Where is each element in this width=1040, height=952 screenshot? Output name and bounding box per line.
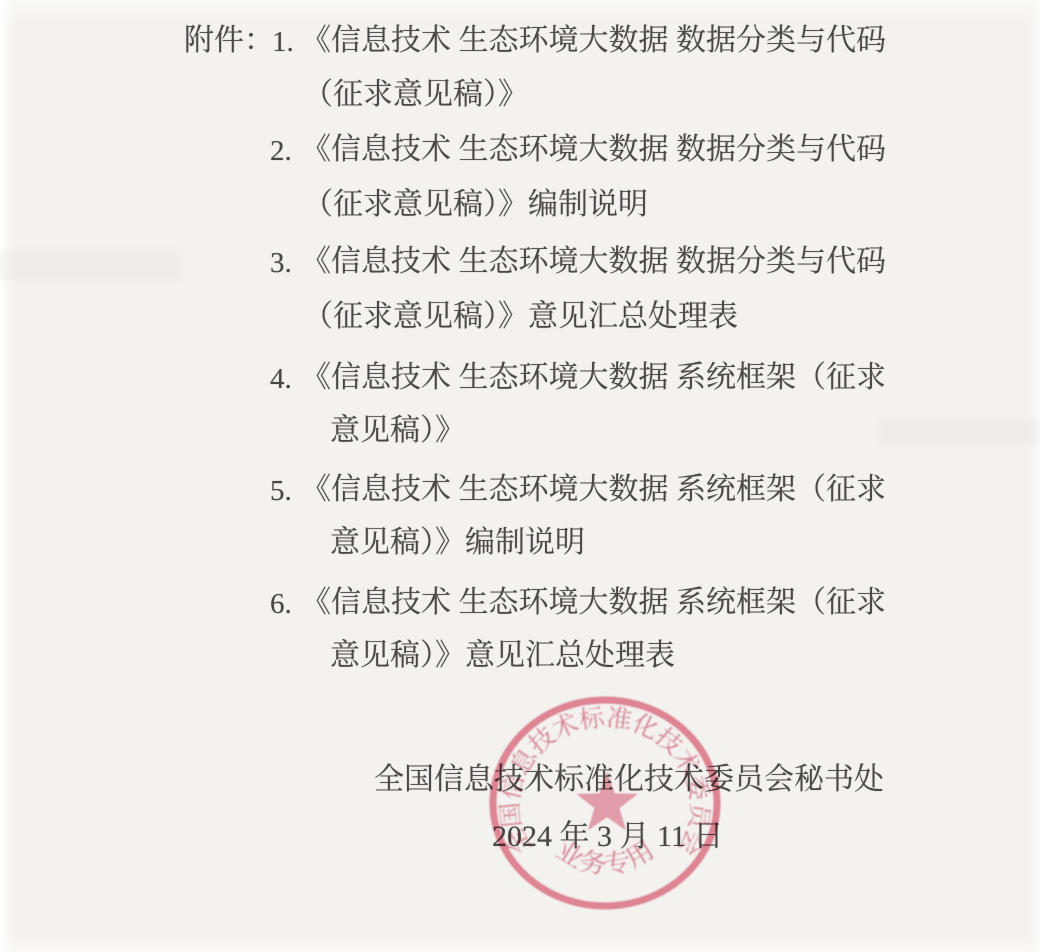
scan-streak [0, 250, 180, 280]
item-5-line2: 意见稿）》编制说明 [330, 526, 585, 560]
item-3-line1: 《信息技术 生态环境大数据 数据分类与代码 [301, 245, 886, 279]
item-4-line2: 意见稿）》 [330, 414, 465, 448]
item-3-line2: （征求意见稿）》意见汇总处理表 [303, 300, 738, 334]
item-3-number: 3. [270, 246, 292, 280]
item-2-line2: （征求意见稿）》编制说明 [303, 188, 648, 222]
seal-bottom-text: 业务专用 [551, 835, 660, 880]
item-1-line2: （征求意见稿）》 [303, 78, 528, 112]
seal-star-icon [578, 773, 637, 829]
attachment-label: 附件： [184, 24, 274, 58]
item-6-number: 6. [270, 587, 292, 621]
official-seal: 全国信息技术标准化技术委员会 业务专用 [481, 692, 730, 920]
item-5-number: 5. [270, 474, 292, 508]
item-2-number: 2. [270, 134, 292, 168]
item-2-line1: 《信息技术 生态环境大数据 数据分类与代码 [301, 133, 886, 167]
item-5-line1: 《信息技术 生态环境大数据 系统框架（征求 [301, 473, 886, 507]
item-1-number: 1. [272, 25, 294, 59]
item-4-line1: 《信息技术 生态环境大数据 系统框架（征求 [301, 361, 886, 395]
item-4-number: 4. [270, 362, 292, 396]
item-6-line1: 《信息技术 生态环境大数据 系统框架（征求 [301, 586, 886, 620]
item-6-line2: 意见稿）》意见汇总处理表 [330, 639, 675, 673]
scan-streak [880, 420, 1040, 444]
item-1-line1: 《信息技术 生态环境大数据 数据分类与代码 [301, 24, 886, 58]
